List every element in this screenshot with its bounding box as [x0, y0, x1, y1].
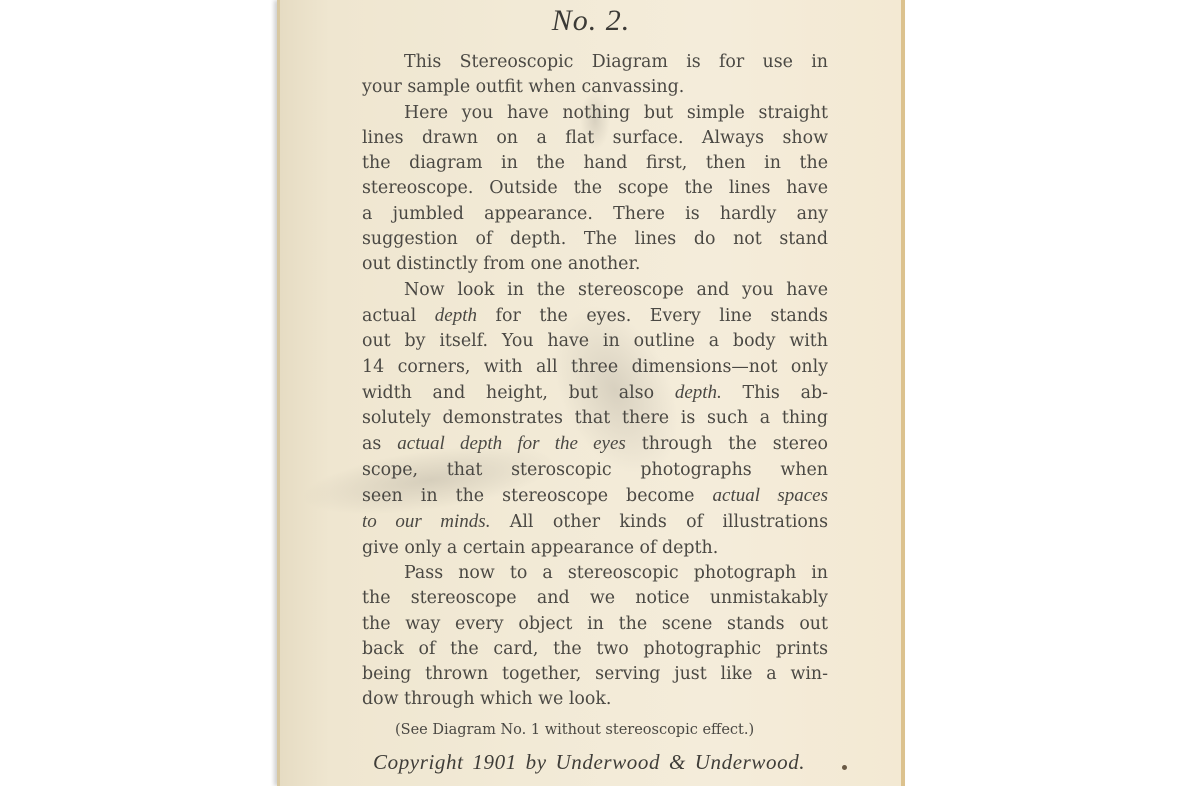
text-line: the stereoscope and we notice unmistakab…	[362, 586, 828, 611]
text-line: width and height, but also depth. This a…	[362, 380, 828, 406]
text-line: dow through which we look.	[362, 687, 828, 712]
text-line: give only a certain appearance of depth.	[362, 536, 828, 561]
text-line: This Stereoscopic Diagram is for use in	[362, 50, 828, 75]
text-line: back of the card, the two photographic p…	[362, 637, 828, 662]
text-segment: seen in the stereoscope become	[362, 486, 713, 506]
copyright-line: Copyright 1901 by Underwood & Underwood.	[373, 750, 805, 775]
italic-emphasis: depth.	[675, 382, 722, 403]
text-line: Here you have nothing but simple straigh…	[362, 101, 828, 126]
text-segment: through the stereo	[626, 434, 828, 454]
text-segment: as	[362, 434, 397, 454]
text-line: lines drawn on a flat surface. Always sh…	[362, 126, 828, 151]
text-line: Now look in the stereoscope and you have	[362, 278, 828, 303]
text-line: Pass now to a stereoscopic photograph in	[362, 561, 828, 586]
text-segment: actual	[362, 306, 435, 326]
diagram-number-heading: No. 2.	[277, 4, 905, 38]
text-line: out by itself. You have in outline a bod…	[362, 329, 828, 354]
text-line: the way every object in the scene stands…	[362, 612, 828, 637]
text-line: your sample outfit when canvassing.	[362, 75, 828, 100]
text-segment: All other kinds of illustrations	[490, 512, 828, 532]
text-line: being thrown together, serving just like…	[362, 662, 828, 687]
ink-speck	[842, 765, 847, 770]
italic-emphasis: actual depth for the eyes	[397, 433, 626, 454]
text-line: a jumbled appearance. There is hardly an…	[362, 202, 828, 227]
text-line: the diagram in the hand first, then in t…	[362, 151, 828, 176]
text-segment: This ab-	[722, 383, 828, 403]
italic-emphasis: actual spaces	[713, 485, 828, 506]
text-line: stereoscope. Outside the scope the lines…	[362, 176, 828, 201]
text-line: to our minds. All other kinds of illustr…	[362, 509, 828, 535]
text-line: actual depth for the eyes. Every line st…	[362, 303, 828, 329]
text-segment: for the eyes. Every line stands	[477, 306, 828, 326]
text-line: 14 corners, with all three dimensions—no…	[362, 355, 828, 380]
text-segment: width and height, but also	[362, 383, 675, 403]
text-line: suggestion of depth. The lines do not st…	[362, 227, 828, 252]
see-diagram-note: (See Diagram No. 1 without stereoscopic …	[395, 722, 754, 738]
text-line: out distinctly from one another.	[362, 252, 828, 277]
text-line: as actual depth for the eyes through the…	[362, 431, 828, 457]
card-body-text: This Stereoscopic Diagram is for use in …	[362, 50, 828, 713]
text-line: solutely demonstrates that there is such…	[362, 406, 828, 431]
text-line: seen in the stereoscope become actual sp…	[362, 483, 828, 509]
italic-emphasis: to our minds.	[362, 511, 490, 532]
text-line: scope, that steroscopic photographs when	[362, 458, 828, 483]
italic-emphasis: depth	[435, 305, 477, 326]
